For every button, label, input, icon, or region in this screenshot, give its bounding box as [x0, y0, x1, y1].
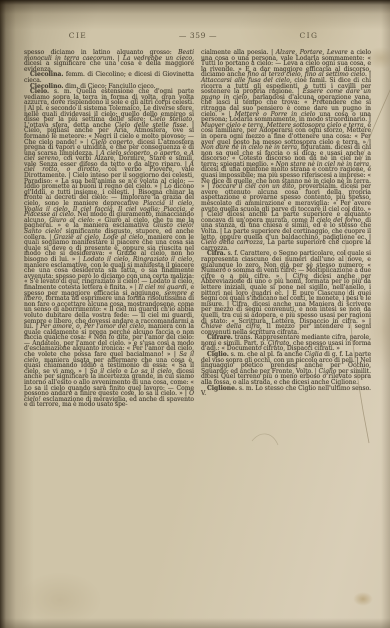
dictionary-entry: Ciglione. s. m. Lo stesso che Ciglio nel… — [201, 386, 371, 397]
dictionary-entry: Cifra. s. f. Carattere, o Segno particol… — [201, 251, 371, 335]
header-right-guideword: CIG — [300, 31, 319, 40]
left-column: spesso diciamo in latino alquanto grosso… — [24, 50, 194, 408]
header-left-guideword: CIE — [69, 31, 87, 40]
dictionary-entry: spesso diciamo in latino alquanto grosso… — [24, 50, 194, 72]
hair-curl-artifact — [252, 434, 278, 445]
dictionary-entry: Cifrare. trans. Rappresentare mediante c… — [201, 335, 371, 352]
dictionary-entry: cialmente alla poesia. | Alzare, Portare… — [201, 50, 371, 251]
dictionary-entry: Cielo. s. m. Quella estensione che d'ogn… — [24, 89, 194, 408]
scanned-book-page: CIE — 359 — CIG spesso diciamo in latino… — [0, 0, 390, 628]
page-number: — 359 — — [179, 31, 217, 40]
dictionary-entry: Ciglio. s. m. che al pl. fa anche Ciglia… — [201, 352, 371, 386]
right-column: cialmente alla poesia. | Alzare, Portare… — [201, 50, 371, 408]
running-header: CIE — 359 — CIG — [0, 31, 390, 43]
text-columns: spesso diciamo in latino alquanto grosso… — [24, 50, 371, 408]
